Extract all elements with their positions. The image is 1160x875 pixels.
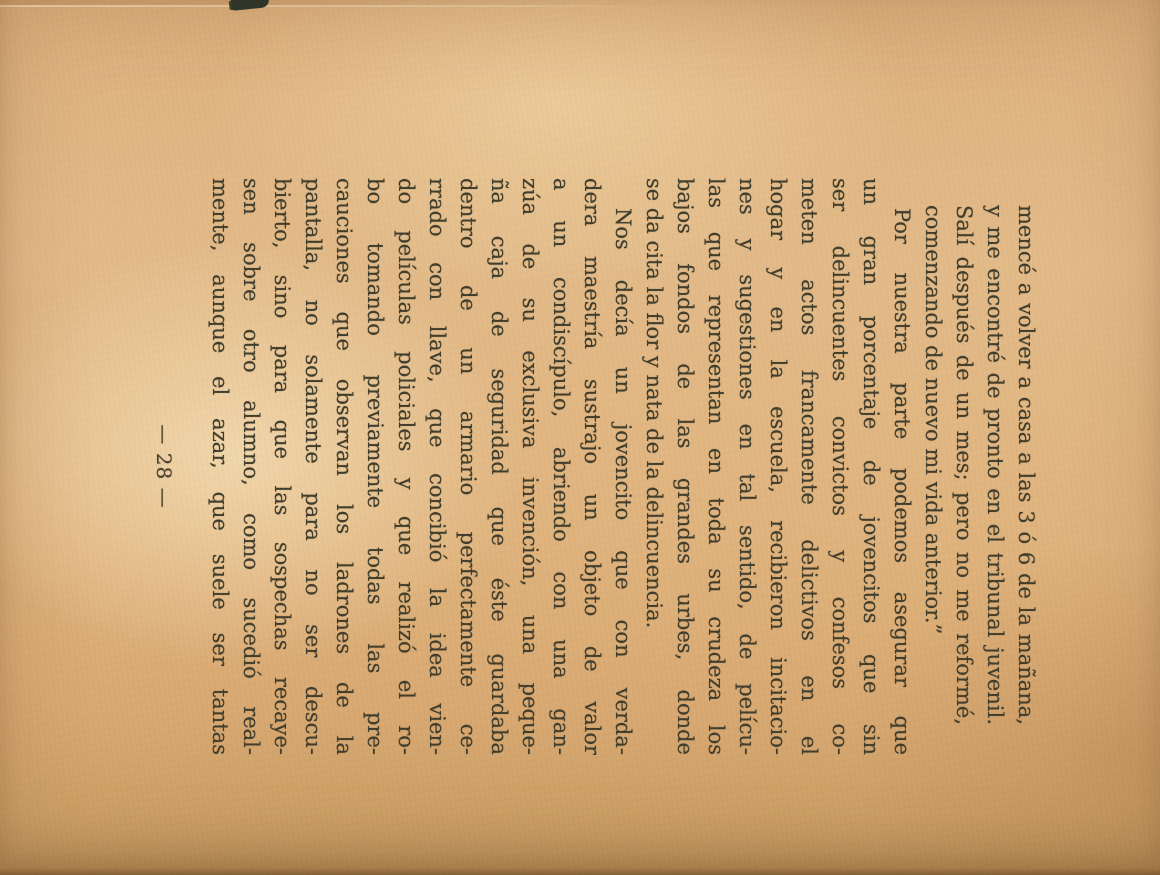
book-page: mencé a volver a casa a las 3 ó 6 de la … [0, 0, 1160, 875]
scanned-page-photo: mencé a volver a casa a las 3 ó 6 de la … [0, 0, 1160, 875]
page-number: — 28 — [152, 178, 176, 755]
text-line: pantalla, no solamente para no ser descu… [297, 178, 328, 755]
text-line: dentro de un armario perfectamente ce- [452, 178, 483, 755]
text-line: comenzando de nuevo mi vida anterior.” [917, 178, 948, 755]
text-line: dera maestría sustrajo un objeto de valo… [576, 178, 607, 755]
text-line: bierto, sino para que las sospechas reca… [266, 178, 297, 755]
text-line: bo tomando previamente todas las pre- [359, 178, 390, 755]
text-line: hogar y en la escuela, recibieron incita… [762, 178, 793, 755]
text-line: un gran porcentaje de jovencitos que sin [855, 178, 886, 755]
text-line: bajos fondos de las grandes urbes, donde [669, 178, 700, 755]
text-line: meten actos francamente delictivos en el [793, 178, 824, 755]
text-line: mencé a volver a casa a las 3 ó 6 de la … [1010, 178, 1041, 755]
text-line: sen sobre otro alumno, como sucedió real… [235, 178, 266, 755]
text-line: a un condiscípulo, abriendo con una gan- [545, 178, 576, 755]
text-line: y me encontré de pronto en el tribunal j… [979, 178, 1010, 755]
text-line: nes y sugestiones en tal sentido, de pel… [731, 178, 762, 755]
text-line: ser delincuentes convictos y confesos co… [824, 178, 855, 755]
page-bottom-edge [0, 868, 1160, 875]
text-line: cauciones que observan los ladrones de l… [328, 178, 359, 755]
top-crease-line [0, 5, 640, 7]
text-line: rrado con llave, que concibió la idea vi… [421, 178, 452, 755]
text-line: ña caja de seguridad que éste guardaba [483, 178, 514, 755]
text-line: zúa de su exclusiva invención, una peque… [514, 178, 545, 755]
text-line: se da cita la flor y nata de la delincue… [638, 178, 669, 755]
text-line: do películas policiales y que realizó el… [390, 178, 421, 755]
text-line: mente, aunque el azar, que suele ser tan… [204, 178, 235, 755]
text-block: mencé a volver a casa a las 3 ó 6 de la … [152, 178, 1041, 755]
text-line: Nos decía un jovencito que con verda- [607, 178, 638, 755]
text-line: las que representan en toda su crudeza l… [700, 178, 731, 755]
text-line: Por nuestra parte podemos asegurar que [886, 178, 917, 755]
text-line: Salí después de un mes; pero no me refor… [948, 178, 979, 755]
